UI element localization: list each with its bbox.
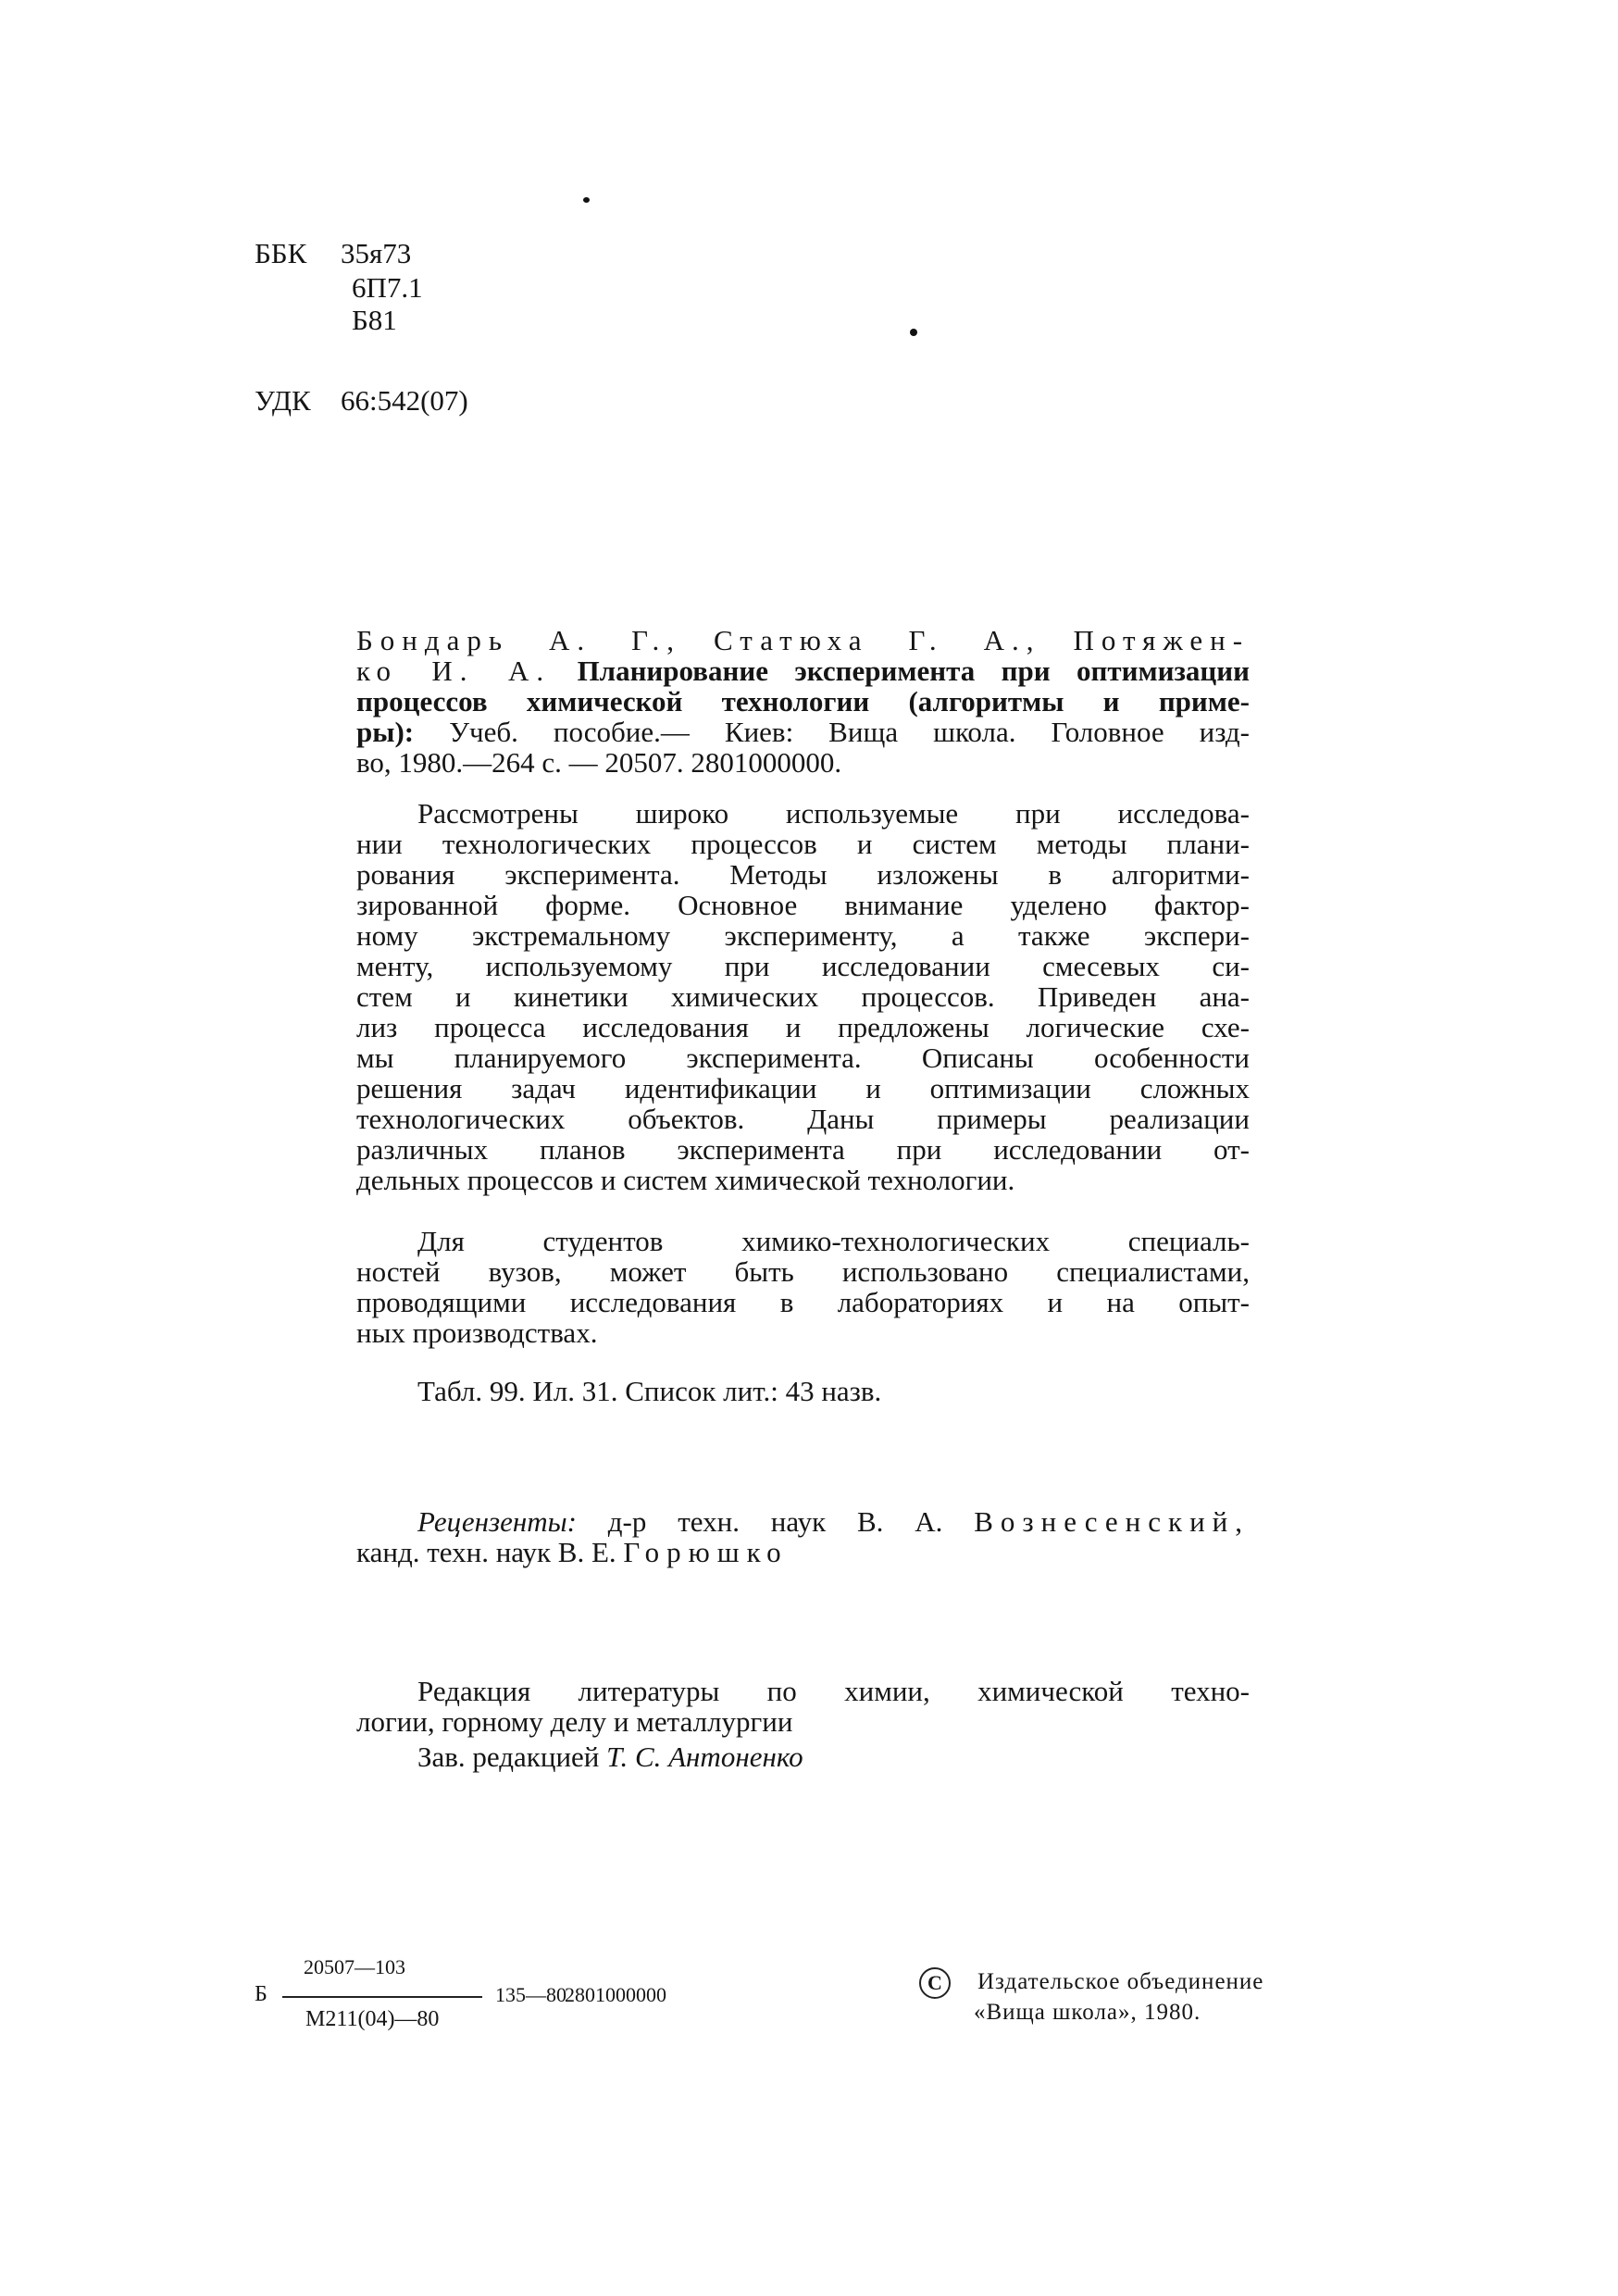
- author-name: Бондарь А. Г.,: [356, 624, 681, 656]
- author-name: Статюха Г. А.,: [714, 624, 1040, 656]
- bibliographic-entry-line: Бондарь А. Г., Статюха Г. А., Потяжен-: [356, 625, 1250, 655]
- bbk-code: 35я73: [341, 236, 411, 270]
- print-speck: [583, 197, 590, 203]
- imprint-catalog: 135—80: [495, 1983, 566, 2007]
- editorial-head-name: Т. С. Антоненко: [606, 1741, 803, 1773]
- book-imprint-page: ББК 35я73 6П7.1 Б81 УДК 66:542(07) Бонда…: [0, 0, 1618, 2296]
- abstract-line: лиз процесса исследования и предложены л…: [356, 1012, 1250, 1042]
- author-name: ко И. А.: [356, 655, 551, 687]
- reviewers-line: Рецензенты: д-р техн. наук В. А. Вознесе…: [356, 1506, 1250, 1537]
- copyright-holder: Издательское объединение: [977, 1969, 1263, 1995]
- editorial-head: Зав. редакцией Т. С. Антоненко: [417, 1741, 803, 1772]
- editorial-line: логии, горному делу и металлургии: [356, 1706, 792, 1737]
- audience-line: проводящими исследования в лабораториях …: [356, 1287, 1250, 1317]
- abstract-line: различных планов эксперимента при исслед…: [356, 1134, 1250, 1165]
- print-speck: [910, 329, 917, 336]
- bbk-label: ББК: [255, 236, 306, 270]
- imprint-number: 2801000000: [565, 1983, 666, 2007]
- abstract-line: решения задач идентификации и оптимизаци…: [356, 1073, 1250, 1104]
- abstract-line: Рассмотрены широко используемые при иссл…: [356, 798, 1250, 829]
- udk-label: УДК: [255, 383, 311, 418]
- abstract-line: нии технологических процессов и систем м…: [356, 829, 1250, 859]
- abstract-line: зированной форме. Основное внимание удел…: [356, 890, 1250, 920]
- imprint-letter: Б: [255, 1982, 268, 2007]
- bbk-code: Б81: [352, 303, 397, 337]
- bbk-code: 6П7.1: [352, 270, 423, 305]
- fraction-line: [282, 1996, 482, 1998]
- book-title-line: процессов химической технологии (алгорит…: [356, 686, 1250, 717]
- imprint-denominator: М211(04)—80: [305, 2007, 439, 2032]
- abstract-line: мы планируемого эксперимента. Описаны ос…: [356, 1042, 1250, 1073]
- reviewer-name: Вознесенский,: [974, 1505, 1250, 1538]
- abstract-line: стем и кинетики химических процессов. Пр…: [356, 981, 1250, 1012]
- publication-info-line: во, 1980.—264 с. — 20507. 2801000000.: [356, 747, 1250, 778]
- audience-line: Для студентов химико-технологических спе…: [356, 1226, 1250, 1256]
- abstract-line: рования эксперимента. Методы изложены в …: [356, 859, 1250, 890]
- copyright-icon: C: [919, 1967, 951, 1999]
- bibliographic-entry-line: ры): Учеб. пособие.— Киев: Вища школа. Г…: [356, 717, 1250, 747]
- abstract-line: менту, используемому при исследовании см…: [356, 951, 1250, 981]
- audience-line: ных производствах.: [356, 1317, 1250, 1348]
- bibliographic-entry-line: ко И. А. Планирование эксперимента при о…: [356, 655, 1250, 686]
- udk-code: 66:542(07): [341, 383, 468, 418]
- abstract-line: дельных процессов и систем химической те…: [356, 1165, 1250, 1195]
- book-stats: Табл. 99. Ил. 31. Список лит.: 43 назв.: [417, 1376, 881, 1406]
- imprint-numerator: 20507—103: [304, 1955, 405, 1979]
- editorial-head-label: Зав. редакцией: [417, 1741, 599, 1773]
- reviewers-label: Рецензенты:: [417, 1505, 577, 1538]
- reviewers-line: канд. техн. наук В. Е. Горюшко: [356, 1537, 789, 1567]
- editorial-line: Редакция литературы по химии, химической…: [356, 1676, 1250, 1706]
- reviewer-degree: канд. техн. наук В. Е.: [356, 1536, 616, 1568]
- reviewer-name: Горюшко: [623, 1536, 788, 1568]
- abstract-line: технологических объектов. Даны примеры р…: [356, 1104, 1250, 1134]
- author-name: Потяжен-: [1073, 624, 1250, 656]
- book-title: Планирование эксперимента при оптимизаци…: [578, 655, 1250, 687]
- book-title: ры):: [356, 716, 414, 748]
- abstract-line: ному экстремальному эксперименту, а такж…: [356, 920, 1250, 951]
- reviewer-degree: д-р техн. наук В. А.: [608, 1505, 943, 1538]
- publication-info: Учеб. пособие.— Киев: Вища школа. Головн…: [449, 716, 1250, 748]
- audience-line: ностей вузов, может быть использовано сп…: [356, 1256, 1250, 1287]
- copyright-holder: «Вища школа», 1980.: [974, 2000, 1201, 2026]
